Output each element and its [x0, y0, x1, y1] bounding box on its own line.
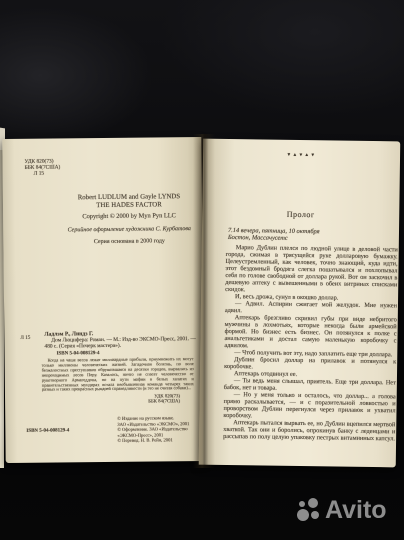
- margin-author-code: Л 15: [20, 335, 30, 341]
- avito-watermark: Avito: [297, 496, 387, 525]
- header-ornament: ▼▲▼▲▼: [203, 151, 400, 159]
- original-title: THE HADES FACTOR: [29, 201, 229, 211]
- original-copyright: Copyright © 2000 by Myn Pyn LLC: [29, 212, 229, 221]
- body-paragraph: — Но у меня только и осталось, что долла…: [223, 391, 395, 421]
- catalog-udk-bbk: УДК 820(73) ББК 84(7США): [148, 394, 180, 405]
- body-paragraph: Аптекарь брезгливо скривил губы при виде…: [224, 314, 396, 351]
- book-photo-scene: УДК 820(73) ББК 84(7США) Л 15 Robert LUD…: [0, 0, 404, 540]
- catalog-card: Л 15 Ладлэм Р., Линдз Г. Дом Люцифера: Р…: [4, 330, 203, 332]
- avito-wordmark: Avito: [325, 496, 387, 525]
- original-title-block: Robert LUDLUM and Gayle LYNDS THE HADES …: [29, 193, 230, 246]
- book-right-page: ▼▲▼▲▼ Пролог 7.14 вечера, пятница, 10 ок…: [199, 139, 401, 468]
- isbn-bottom: ISBN 5-04-008129-4: [26, 428, 69, 433]
- dateline: 7.14 вечера, пятница, 10 октября Бостон,…: [228, 227, 320, 243]
- chapter-heading: Пролог: [202, 209, 399, 221]
- imprint-codes: УДК 820(73) ББК 84(7США) Л 15: [25, 158, 61, 176]
- series-design-note: Серийное оформление художника С. Курбато…: [29, 226, 229, 234]
- body-paragraph: Марио Дублин плелся по людной улице в де…: [225, 244, 398, 295]
- catalog-isbn: ISBN 5-04-008129-4: [57, 351, 100, 356]
- body-paragraph: Аптекарь пытался вырвать ее, но Дублин в…: [223, 419, 395, 442]
- series-founded-note: Серия основана в 2000 году: [29, 238, 229, 246]
- prologue-text: Марио Дублин плелся по людной улице в де…: [223, 244, 398, 442]
- book-annotation: Когда на чаше весов лежат миллиардные пр…: [42, 357, 194, 393]
- book-left-page: УДК 820(73) ББК 84(7США) Л 15 Robert LUD…: [2, 137, 204, 463]
- avito-logo-icon: [297, 497, 321, 525]
- author-code: Л 15: [25, 171, 44, 177]
- catalog-entry: Дом Люцифера: Роман. — М.: Изд-во ЭКСМО-…: [44, 336, 196, 350]
- copyright-notices: © Издание на русском языке. ЗАО «Издател…: [117, 415, 189, 443]
